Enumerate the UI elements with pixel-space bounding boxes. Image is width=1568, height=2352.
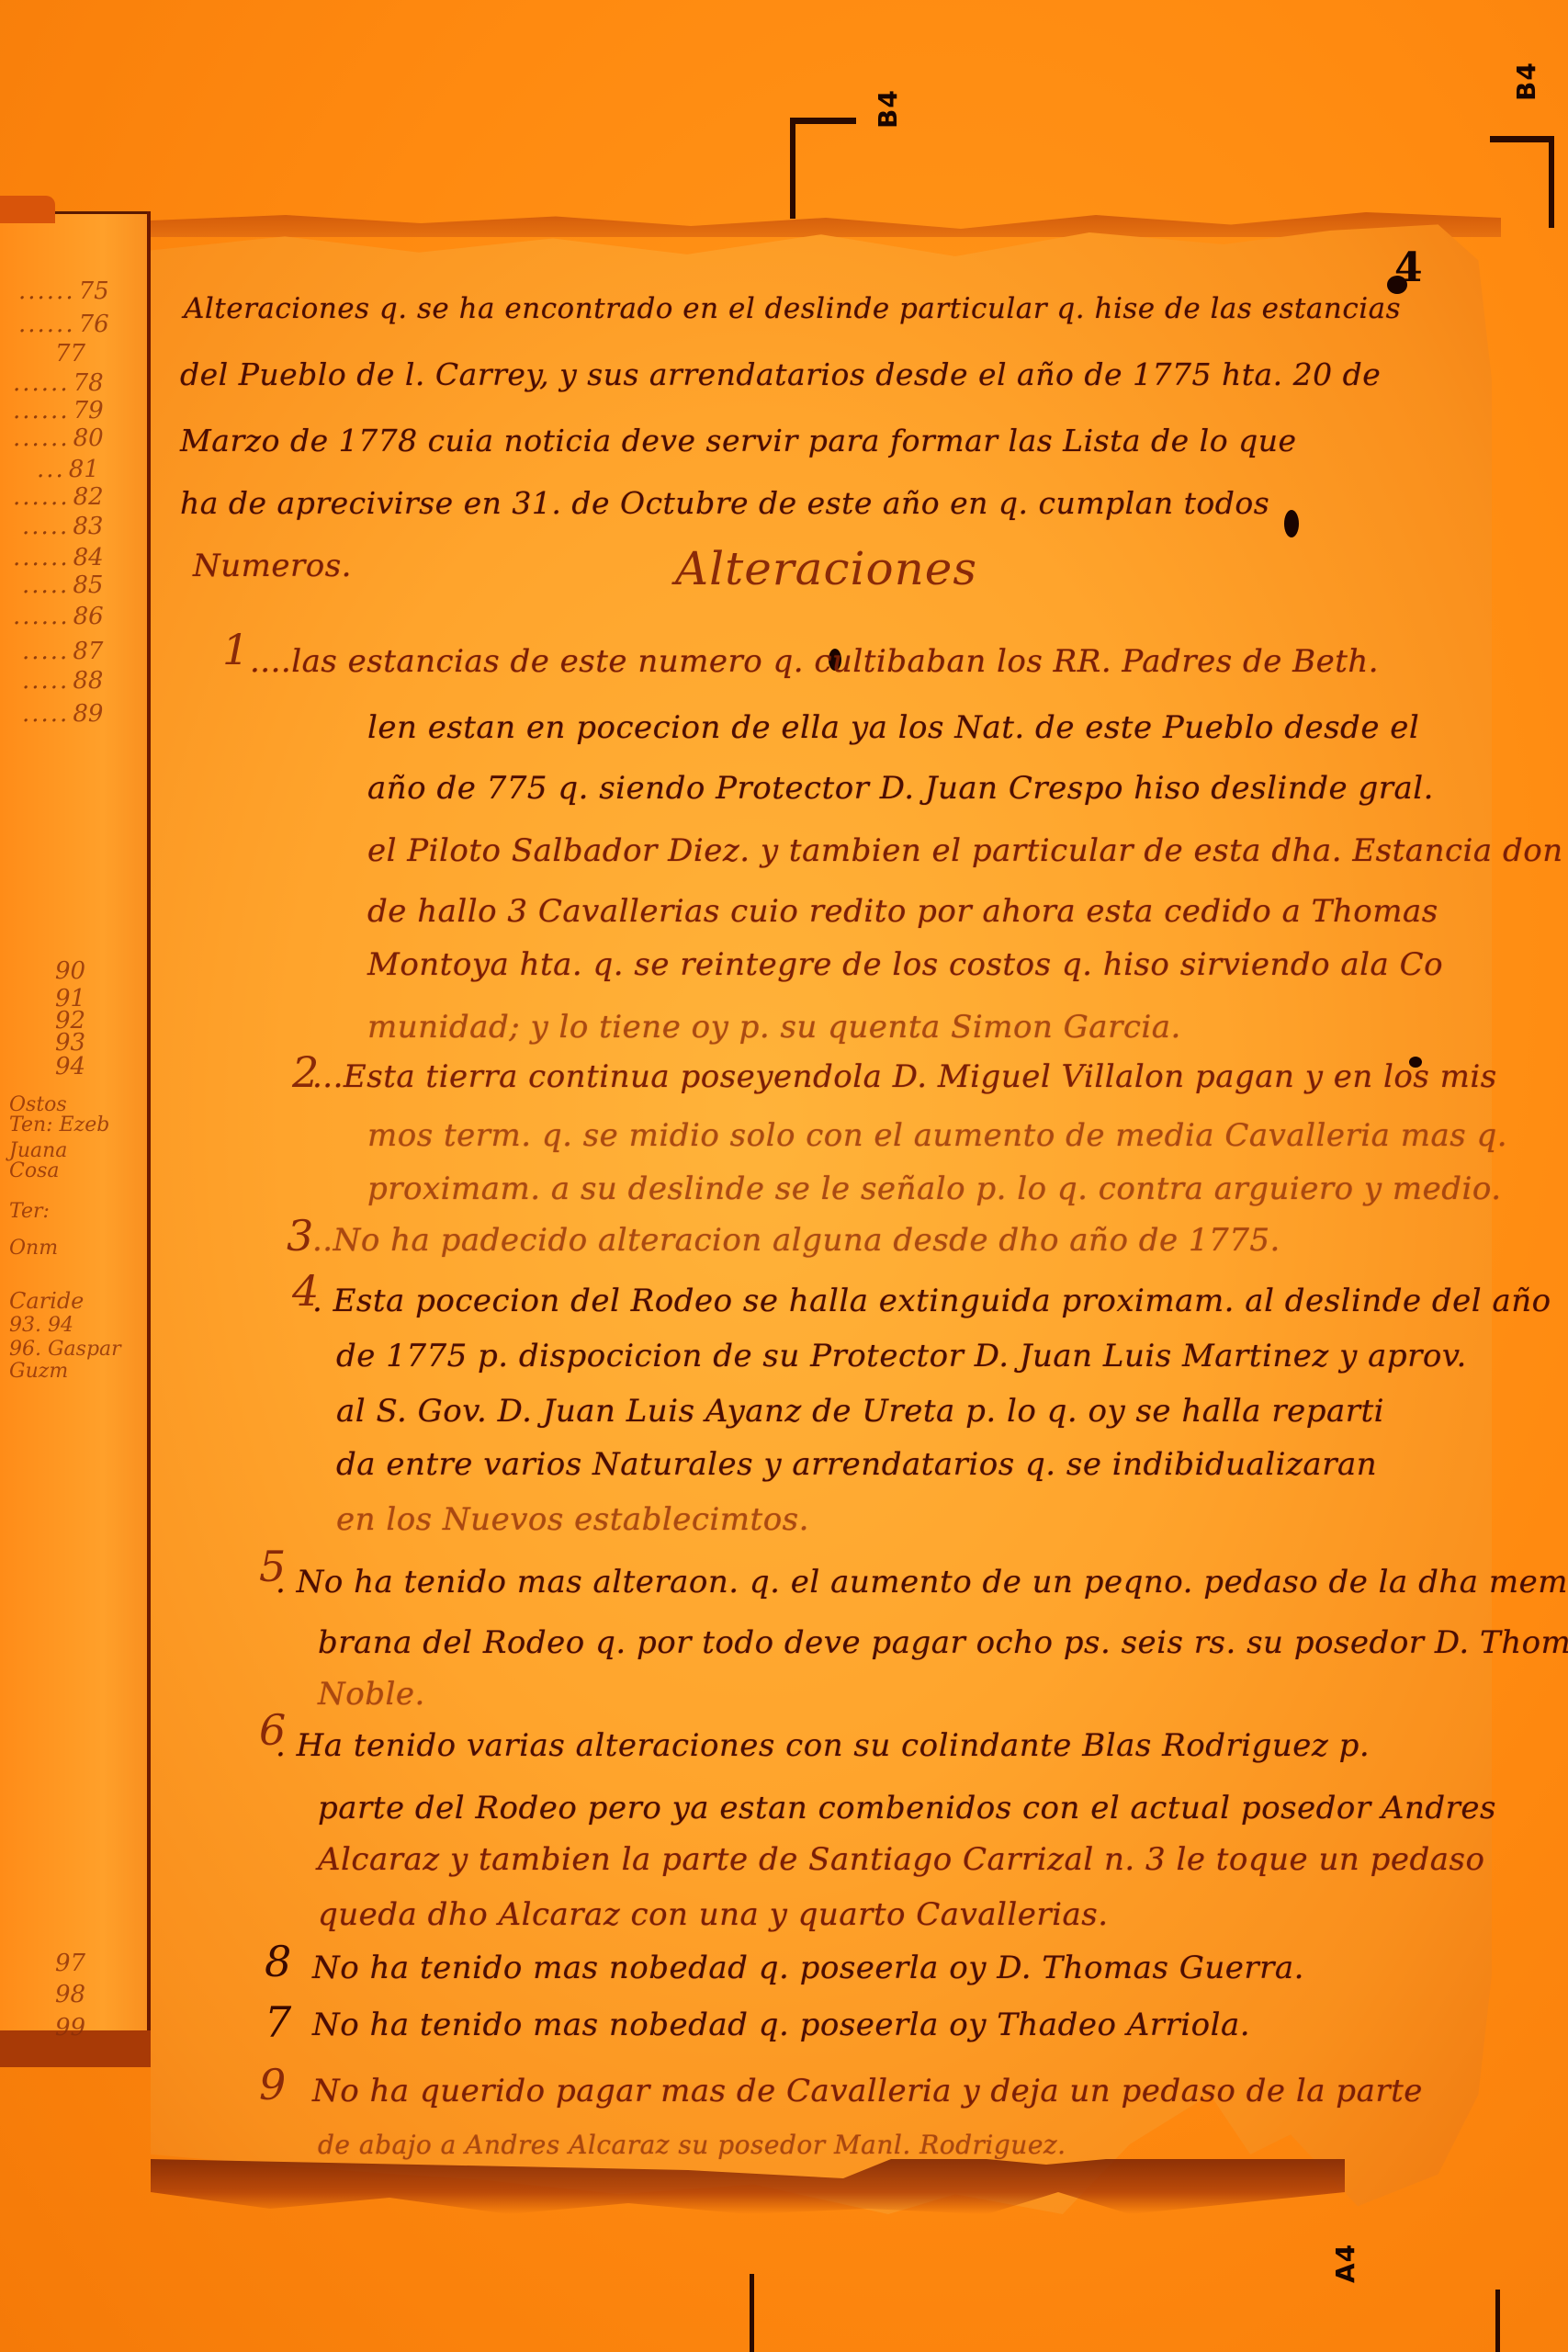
item-line: queda dho Alcaraz con una y quarto Caval… [318, 1896, 1109, 1933]
item-line: . Ha tenido varias alteraciones con su c… [276, 1727, 1370, 1764]
item-line: da entre varios Naturales y arrendatario… [336, 1446, 1377, 1483]
film-frame-corner-top-right-v [1549, 136, 1554, 228]
item-number: 9 [259, 2060, 286, 2109]
item-line: al S. Gov. D. Juan Luis Ayanz de Ureta p… [336, 1393, 1384, 1430]
item-line: . No ha tenido mas alteraon. q. el aumen… [276, 1564, 1568, 1600]
item-number: 3 [287, 1211, 313, 1261]
page-top-edge [151, 209, 1501, 237]
film-label-top-right: B4 [1511, 62, 1541, 101]
item-line: No ha tenido mas nobedad q. poseerla oy … [312, 1950, 1304, 1986]
item-line: mos term. q. se midio solo con el aument… [367, 1117, 1507, 1154]
item-line: munidad; y lo tiene oy p. su quenta Simo… [367, 1009, 1181, 1046]
item-line: Montoya hta. q. se reintegre de los cost… [367, 946, 1443, 983]
item-line: de abajo a Andres Alcaraz su posedor Man… [318, 2130, 1066, 2160]
item-line: . Esta pocecion del Rodeo se halla extin… [312, 1283, 1551, 1319]
item-line: parte del Rodeo pero ya estan combenidos… [318, 1790, 1496, 1826]
ink-blot [1387, 276, 1407, 294]
item-line: len estan en pocecion de ella ya los Nat… [367, 709, 1419, 746]
item-number: 8 [265, 1937, 291, 1986]
item-line: año de 775 q. siendo Protector D. Juan C… [367, 770, 1434, 807]
item-number: 1 [222, 625, 249, 674]
item-line: el Piloto Salbador Diez. y tambien el pa… [367, 832, 1563, 869]
section-heading: Alteraciones [675, 542, 977, 595]
item-line: Alcaraz y tambien la parte de Santiago C… [318, 1841, 1484, 1878]
item-line: Noble. [318, 1676, 425, 1713]
ink-blot [1284, 510, 1299, 537]
film-frame-corner-top-center-v [790, 118, 795, 219]
film-frame-tick-bottom-center [750, 2274, 754, 2352]
film-label-top-center: B4 [873, 89, 903, 129]
item-line: No ha querido pagar mas de Cavalleria y … [312, 2073, 1423, 2109]
item-line: proximam. a su deslinde se le señalo p. … [367, 1170, 1502, 1207]
item-line: ...Esta tierra continua poseyendola D. M… [312, 1058, 1497, 1095]
film-frame-tick-bottom-right [1495, 2290, 1500, 2352]
intro-line: Alteraciones q. se ha encontrado en el d… [184, 292, 1401, 325]
intro-line: Numeros. [193, 548, 352, 584]
item-line: No ha tenido mas nobedad q. poseerla oy … [312, 2007, 1250, 2043]
intro-line: del Pueblo de l. Carrey, y sus arrendata… [180, 356, 1381, 392]
item-line: ....las estancias de este numero q. cult… [250, 643, 1379, 680]
item-line: de 1775 p. dispocicion de su Protector D… [336, 1338, 1467, 1374]
item-line: de hallo 3 Cavallerias cuio redito por a… [367, 893, 1438, 930]
item-line: brana del Rodeo q. por todo deve pagar o… [318, 1624, 1568, 1661]
item-line: ..No ha padecido alteracion alguna desde… [312, 1222, 1280, 1259]
film-frame-corner-top-center-h [790, 118, 856, 124]
intro-line: Marzo de 1778 cuia noticia deve servir p… [180, 423, 1296, 458]
item-number: 7 [265, 1997, 291, 2047]
film-frame-corner-top-right-h [1490, 136, 1554, 142]
item-line: en los Nuevos establecimtos. [336, 1501, 809, 1538]
film-label-bottom-right: A4 [1330, 2244, 1360, 2283]
intro-line: ha de aprecivirse en 31. de Octubre de e… [180, 485, 1269, 521]
